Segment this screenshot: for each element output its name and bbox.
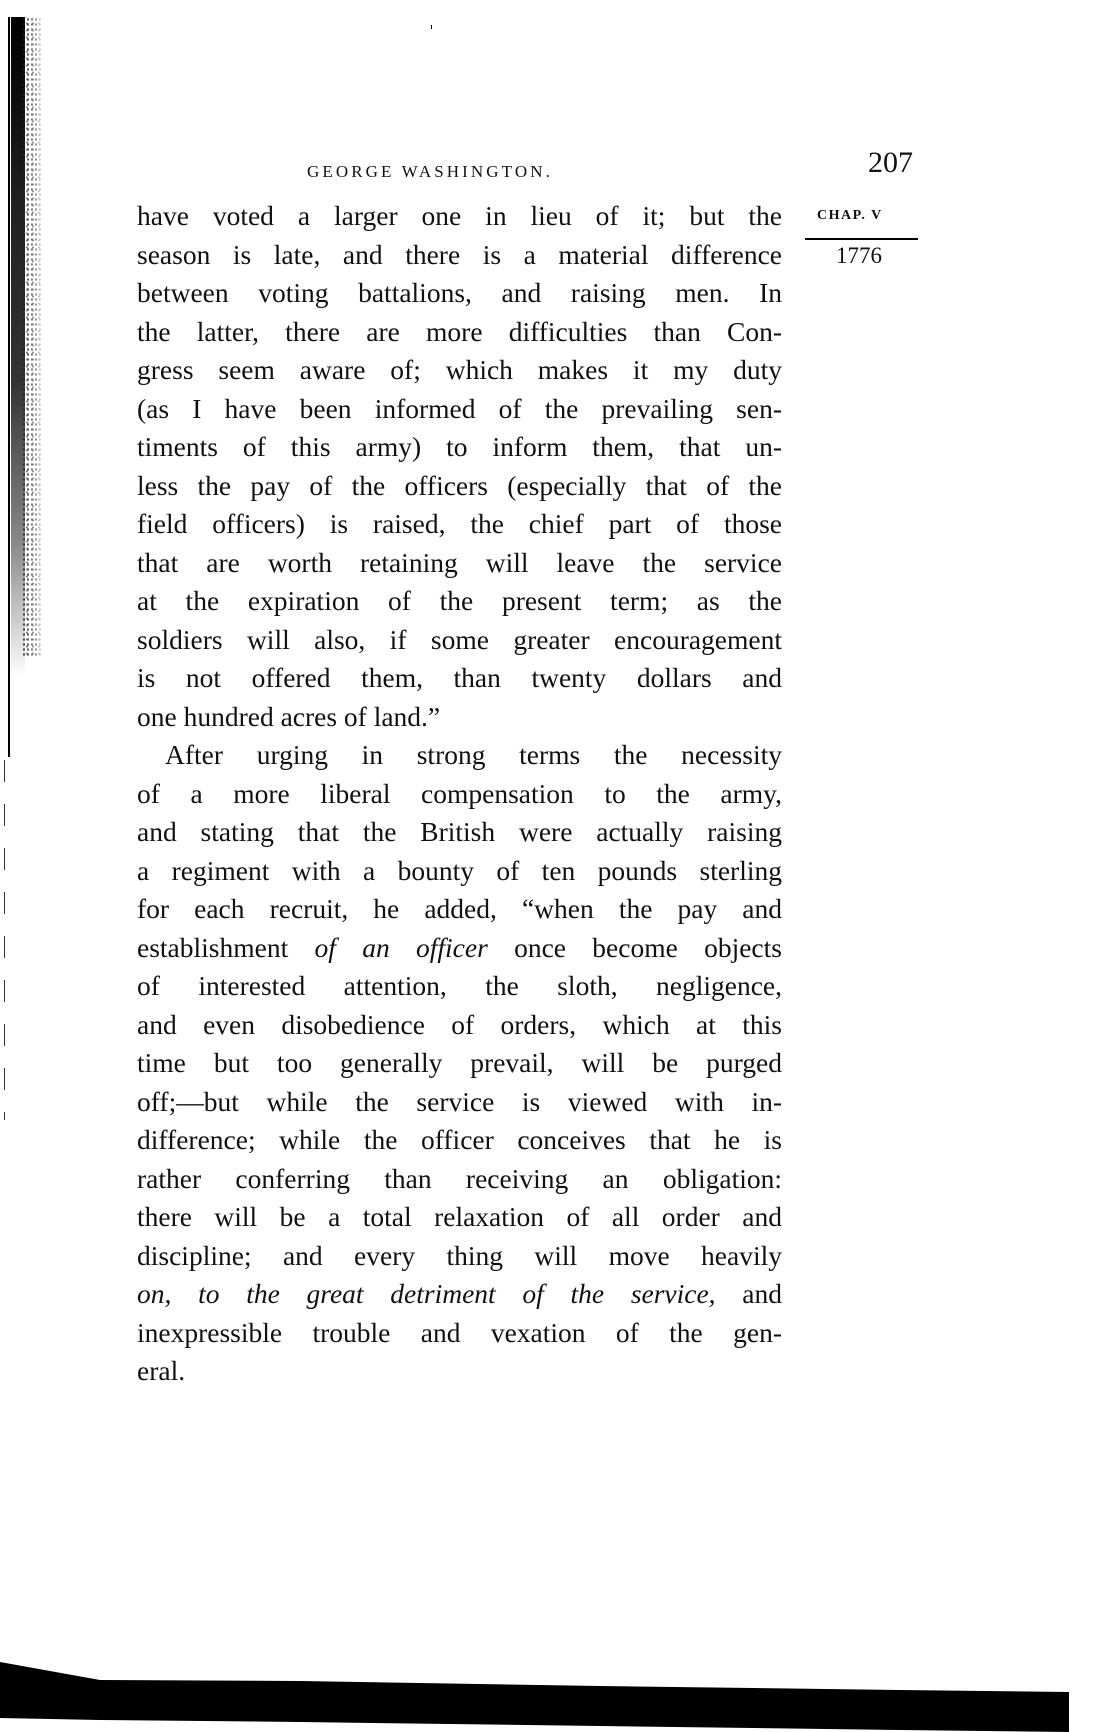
text-line: discipline; and every thing will move he… (137, 1237, 782, 1276)
text-line: have voted a larger one in lieu of it; b… (137, 197, 782, 236)
text-line: off;—but while the service is viewed wit… (137, 1083, 782, 1122)
text-line: less the pay of the officers (especially… (137, 467, 782, 506)
text-line: rather conferring than receiving an obli… (137, 1160, 782, 1199)
text-line: of interested attention, the sloth, negl… (137, 967, 782, 1006)
text-line: and even disobedience of orders, which a… (137, 1006, 782, 1045)
text-line: season is late, and there is a material … (137, 236, 782, 275)
scan-bottom-shadow (0, 1660, 1070, 1732)
margin-year: 1776 (836, 242, 882, 270)
text-segment: and (716, 1278, 782, 1309)
book-page: GEORGE WASHINGTON. 207 CHAP. V 1776 have… (0, 0, 1093, 1732)
italic-segment: of an officer (315, 932, 488, 963)
text-line: inexpressible trouble and vexation of th… (137, 1314, 782, 1353)
text-line: and stating that the British were actual… (137, 813, 782, 852)
text-line: of a more liberal compensation to the ar… (137, 775, 782, 814)
scan-artifact-mark (431, 25, 432, 29)
margin-chapter-label: CHAP. V (817, 207, 883, 225)
body-text: have voted a larger one in lieu of it; b… (137, 197, 782, 1391)
text-line: soldiers will also, if some greater enco… (137, 621, 782, 660)
text-line: gress seem aware of; which makes it my d… (137, 351, 782, 390)
text-line: time but too generally prevail, will be … (137, 1044, 782, 1083)
paragraph-end-line: one hundred acres of land.” (137, 698, 782, 737)
text-line: there will be a total relaxation of all … (137, 1198, 782, 1237)
text-line: difference; while the officer conceives … (137, 1121, 782, 1160)
text-line-with-italic: establishment of an officer once become … (137, 929, 782, 968)
paragraph-end-line: eral. (137, 1352, 782, 1391)
text-line: is not offered them, than twenty dollars… (137, 659, 782, 698)
running-head: GEORGE WASHINGTON. (307, 160, 553, 184)
text-line: field officers) is raised, the chief par… (137, 505, 782, 544)
page-number: 207 (868, 146, 913, 180)
text-segment: once become objects (488, 932, 782, 963)
italic-segment: on, to the great detriment of the servic… (137, 1278, 716, 1309)
text-line: timents of this army) to inform them, th… (137, 428, 782, 467)
text-line: for each recruit, he added, “when the pa… (137, 890, 782, 929)
binding-speckle (22, 17, 44, 657)
binding-edge-line (8, 17, 10, 757)
binding-edge-line-lower (4, 760, 5, 1120)
text-segment: establishment (137, 932, 315, 963)
paragraph-start-line: After urging in strong terms the necessi… (137, 736, 782, 775)
text-line: at the expiration of the present term; a… (137, 582, 782, 621)
text-line: that are worth retaining will leave the … (137, 544, 782, 583)
text-line: a regiment with a bounty of ten pounds s… (137, 852, 782, 891)
text-line: between voting battalions, and raising m… (137, 274, 782, 313)
margin-rule (805, 238, 918, 240)
text-line-with-italic: on, to the great detriment of the servic… (137, 1275, 782, 1314)
text-line: (as I have been informed of the prevaili… (137, 390, 782, 429)
scanned-binding-edge (8, 17, 42, 737)
text-line: the latter, there are more difficulties … (137, 313, 782, 352)
